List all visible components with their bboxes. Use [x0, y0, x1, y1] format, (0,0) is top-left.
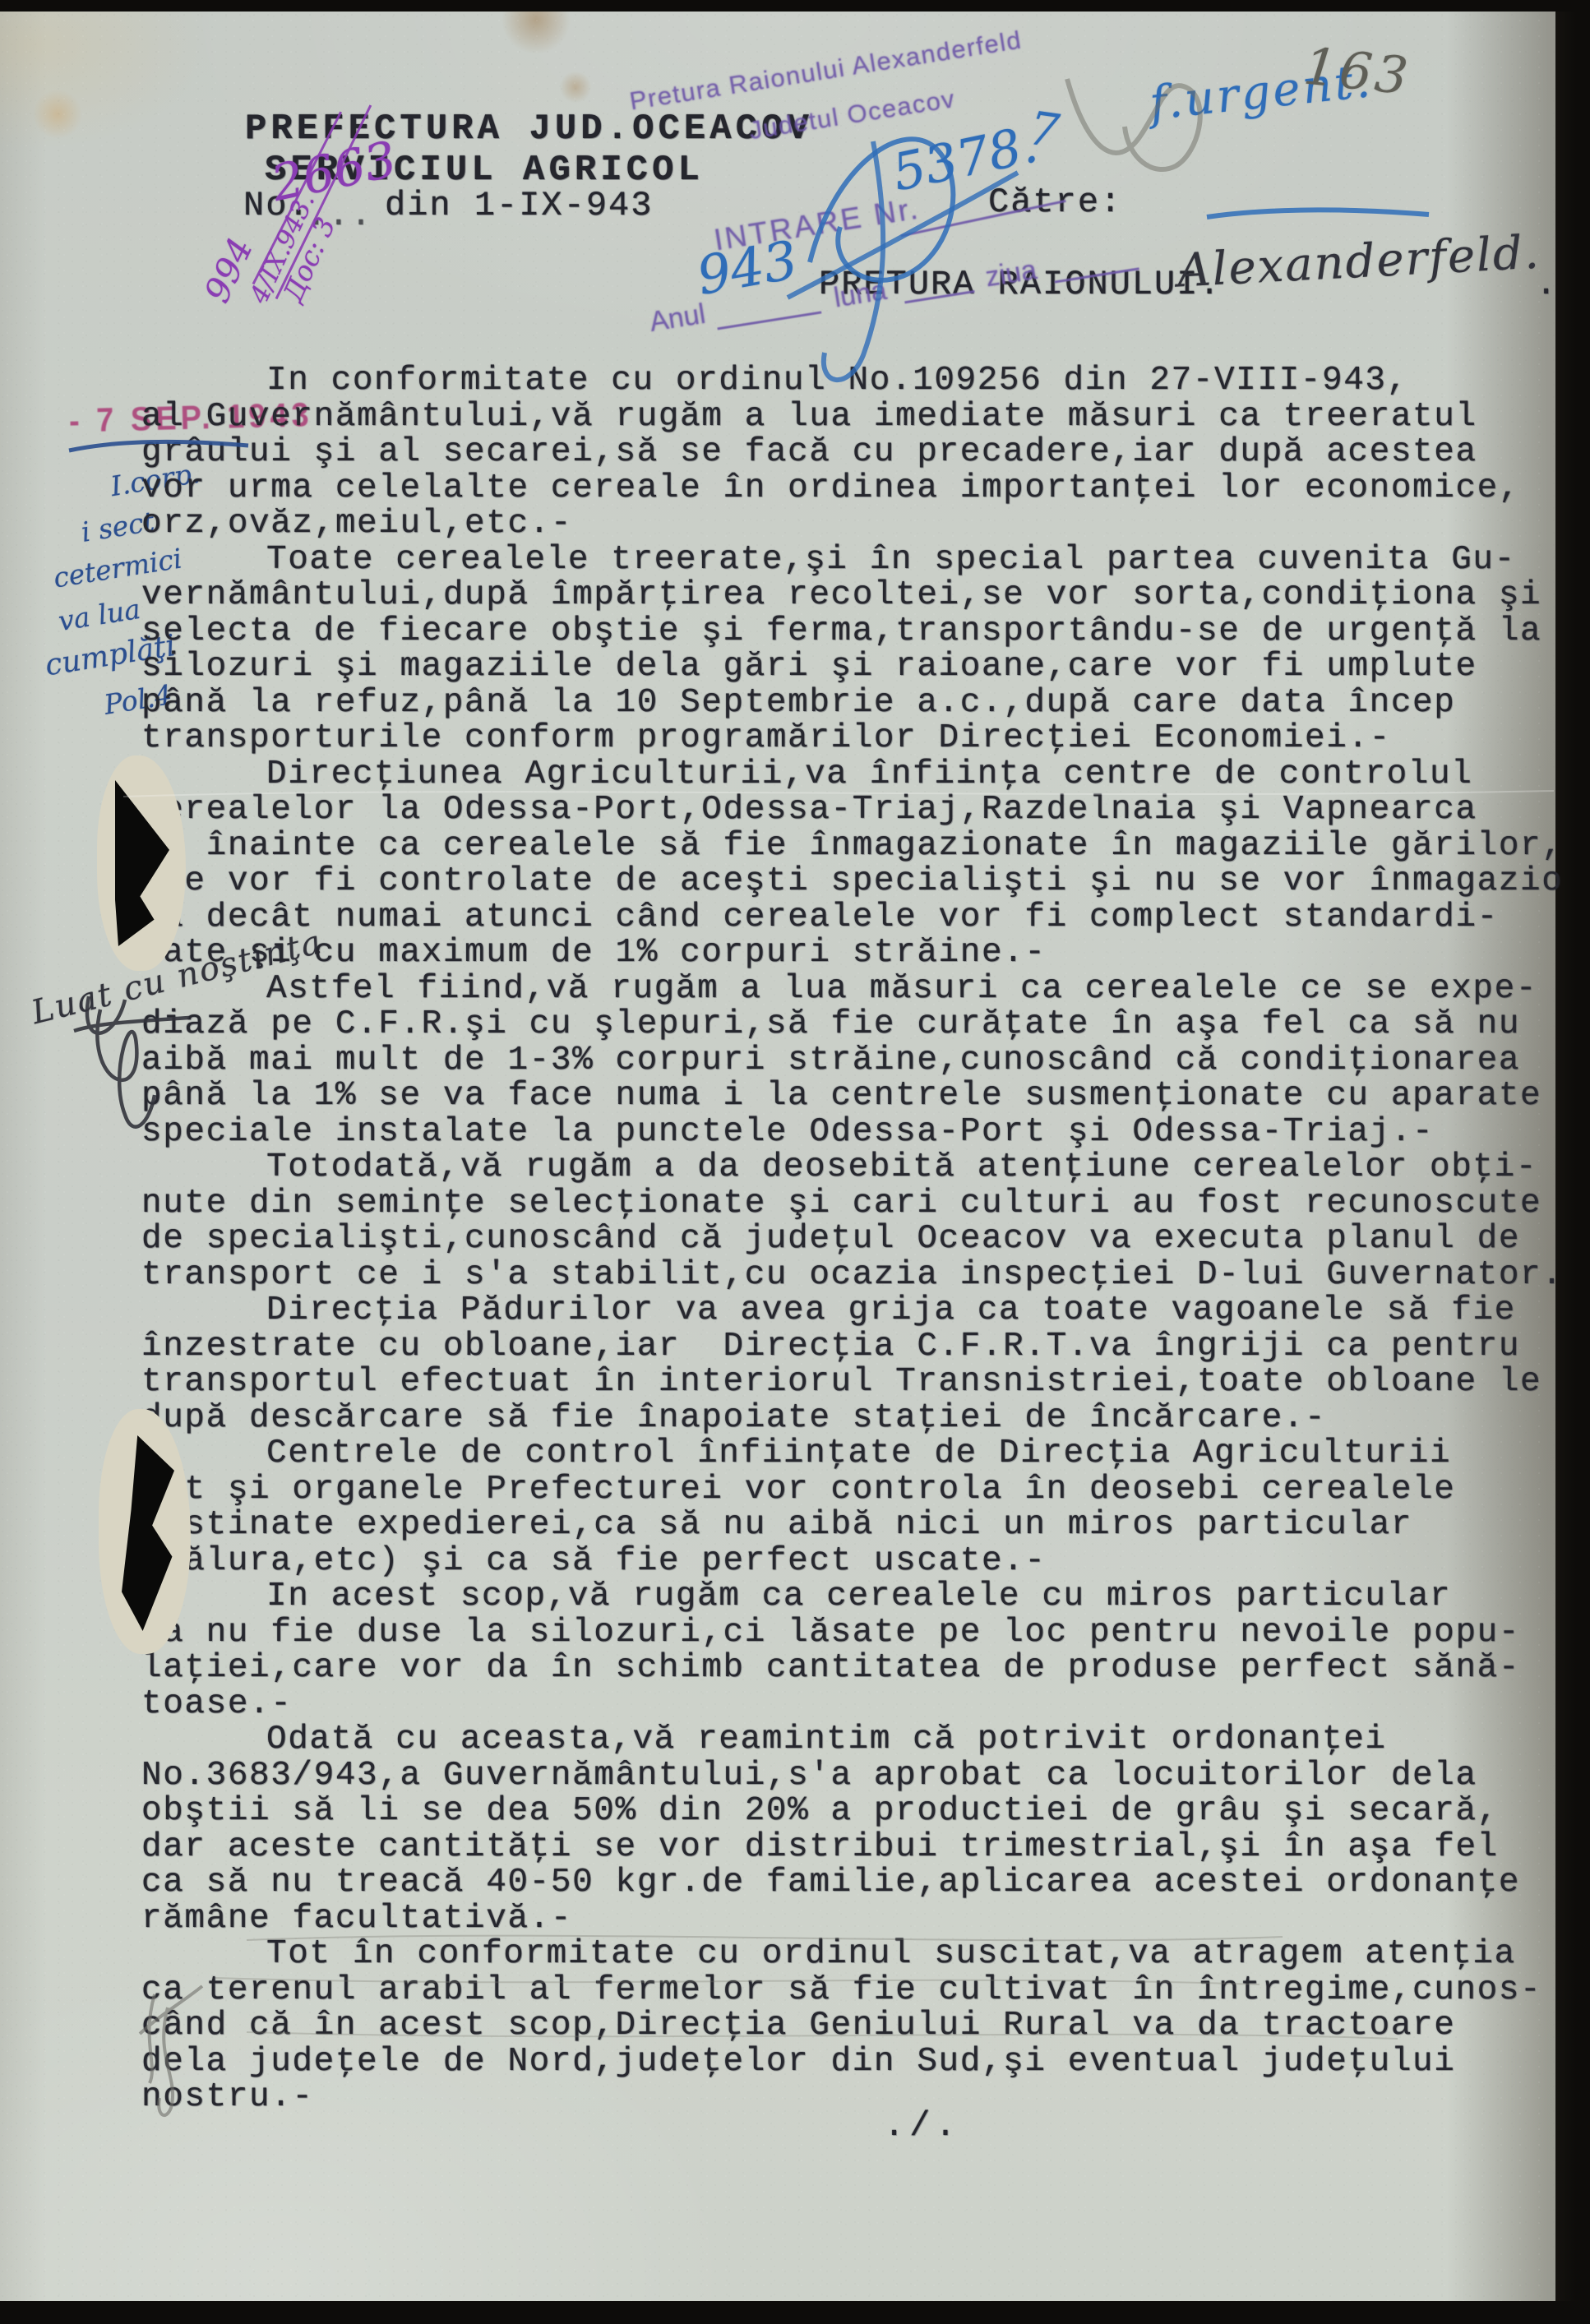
body-line: nostru.- [141, 2080, 1572, 2116]
body-line: înzestrate cu obloane,iar Direcţia C.F.R… [141, 1329, 1572, 1365]
doc-date-line: din 1-IX-943 [385, 186, 653, 225]
scan-edge-right [1555, 0, 1590, 2324]
body-line: al Guvernământului,vă rugăm a lua imedia… [141, 400, 1572, 436]
page-number-pencil: 163 [1301, 35, 1414, 106]
scan-edge-bottom [0, 2301, 1590, 2324]
body-line: silozuri şi magaziile dela gări şi raioa… [141, 649, 1572, 686]
body-line: zate şi cu maximum de 1% corpuri străine… [141, 936, 1572, 972]
body-line: na decât numai atunci când cerealele vor… [141, 900, 1572, 936]
body-line: Centrele de control înfiinţate de Direcţ… [141, 1436, 1572, 1472]
body-line: dar aceste cantităţi se vor distribui tr… [141, 1830, 1572, 1866]
entry-stamp-ziua-line [1055, 267, 1139, 283]
paragraph: In acest scop,vă rugăm ca cerealele cu m… [141, 1579, 1572, 1722]
body-line: cerealelor la Odessa-Port,Odessa-Triaj,R… [141, 792, 1572, 829]
body-line: după descărcare să fie înapoiate staţiei… [141, 1401, 1572, 1437]
paragraph: Toate cerealele treerate,şi în special p… [141, 543, 1572, 757]
body-line: diază pe C.F.R.şi cu şlepuri,să fie cură… [141, 1007, 1572, 1043]
entry-stamp-ziua-label: ziua [983, 254, 1039, 293]
paragraph: Tot în conformitate cu ordinul suscitat,… [141, 1937, 1572, 2116]
body-line: cât şi organele Prefecturei vor controla… [141, 1472, 1572, 1509]
paper-hole [115, 780, 169, 946]
body-line: de specialişti,cunoscând că judeţul Ocea… [141, 1222, 1572, 1258]
body-line: nute din seminţe selecţionate şi cari cu… [141, 1186, 1572, 1222]
body-line: când că în acest scop,Direcţia Geniului … [141, 2008, 1572, 2044]
body-line: Toate cerealele treerate,şi în special p… [141, 543, 1572, 579]
body-line: şi înainte ca cerealele să fie înmagazio… [141, 829, 1572, 865]
body-line: să nu fie duse la silozuri,ci lăsate pe … [141, 1615, 1572, 1652]
entry-stamp-office: Pretura Raionului Alexanderfeld [627, 25, 1024, 116]
paragraph: Direcţiunea Agriculturii,va înfiinţa cen… [141, 757, 1572, 972]
recipient-handwritten: Alexanderfeld. [1176, 225, 1542, 298]
entry-stamp-luna-label: luna [832, 275, 890, 315]
body-line: transportul efectuat în interiorul Trans… [141, 1365, 1572, 1401]
body-line: ca să nu treacă 40-50 kgr.de familie,apl… [141, 1865, 1572, 1901]
paragraph: Odată cu aceasta,vă reamintim că potrivi… [141, 1722, 1572, 1937]
paragraph: Centrele de control înfiinţate de Direcţ… [141, 1436, 1572, 1579]
body-line: orz,ovăz,meiul,etc.- [141, 506, 1572, 543]
urgent-underline [1207, 210, 1429, 217]
body-line: grâului şi al secarei,să se facă cu prec… [141, 435, 1572, 471]
paper-hole-2 [122, 1435, 174, 1631]
body-line: rămâne facultativă.- [141, 1901, 1572, 1938]
paper-sheet: PREFECTURA JUD.OCEACOV SERVICIUL AGRICOL… [0, 12, 1555, 2302]
body-line: No.3683/943,a Guvernământului,s'a aproba… [141, 1758, 1572, 1795]
paragraph: Direcţia Pădurilor va avea grija ca toat… [141, 1293, 1572, 1436]
entry-stamp-number-line [901, 200, 1066, 238]
body-line: aibă mai mult de 1-3% corpuri străine,cu… [141, 1043, 1572, 1079]
body-line: Odată cu aceasta,vă reamintim că potrivi… [141, 1722, 1572, 1758]
body-line: vernământului,după împărţirea recoltei,s… [141, 578, 1572, 614]
body-line: până la refuz,până la 10 Septembrie a.c.… [141, 686, 1572, 722]
entry-stamp-anul-label: Anul [647, 298, 707, 339]
body-line: (mălura,etc) şi ca să fie perfect uscate… [141, 1544, 1572, 1580]
body-line: Astfel fiind,vă rugăm a lua măsuri ca ce… [141, 972, 1572, 1008]
body-line: Direcţia Pădurilor va avea grija ca toat… [141, 1293, 1572, 1329]
body-line: ca terenul arabil al fermelor să fie cul… [141, 1973, 1572, 2009]
body-line: transporturile conform programărilor Dir… [141, 721, 1572, 757]
body-line: vor urma celelalte cereale în ordinea im… [141, 471, 1572, 507]
body-line: Totodată,vă rugăm a da deosebită atenţiu… [141, 1150, 1572, 1186]
body-line: In conformitate cu ordinul No.109256 din… [141, 363, 1572, 400]
body-line: destinate expedierei,ca să nu aibă nici … [141, 1508, 1572, 1544]
body-line: laţiei,care vor da în schimb cantitatea … [141, 1651, 1572, 1687]
body-line: toase.- [141, 1687, 1572, 1723]
body-line: ele vor fi controlate de aceşti speciali… [141, 864, 1572, 900]
body-text: In conformitate cu ordinul No.109256 din… [141, 363, 1572, 2116]
end-mark: ./. [884, 2106, 961, 2146]
body-line: In acest scop,vă rugăm ca cerealele cu m… [141, 1579, 1572, 1615]
entry-stamp-luna-line [904, 290, 974, 303]
body-line: până la 1% se va face numa i la centrele… [141, 1079, 1572, 1115]
scan-edge-top [0, 0, 1590, 12]
entry-stamp-anul-line [717, 311, 821, 330]
entry-stamp: Pretura Raionului Alexanderfeld Judetul … [602, 0, 1181, 361]
body-line: obştii să li se dea 50% din 20% a produc… [141, 1794, 1572, 1830]
body-line: transport ce i s'a stabilit,cu ocazia in… [141, 1258, 1572, 1294]
paragraph: Totodată,vă rugăm a da deosebită atenţiu… [141, 1150, 1572, 1293]
paragraph: Astfel fiind,vă rugăm a lua măsuri ca ce… [141, 972, 1572, 1151]
paragraph: In conformitate cu ordinul No.109256 din… [141, 363, 1572, 543]
body-line: speciale instalate la punctele Odessa-Po… [141, 1115, 1572, 1151]
scanned-document: { "document": { "header": { "org_line1":… [0, 0, 1590, 2324]
body-line: selecta de fiecare obştie şi ferma,trans… [141, 614, 1572, 650]
body-line: dela judeţele de Nord,judeţelor din Sud,… [141, 2044, 1572, 2081]
body-line: Tot în conformitate cu ordinul suscitat,… [141, 1937, 1572, 1973]
body-line: Direcţiunea Agriculturii,va înfiinţa cen… [141, 757, 1572, 793]
